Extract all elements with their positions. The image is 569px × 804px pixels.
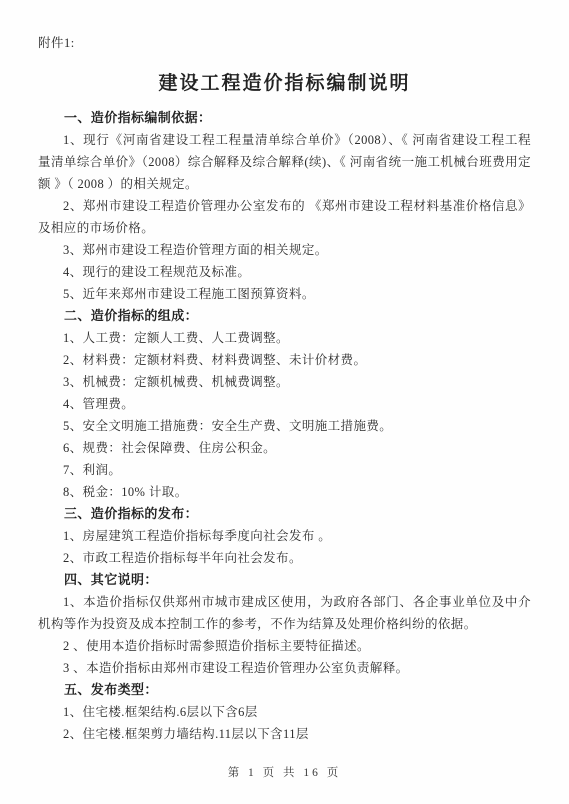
- paragraph: 3 、本造价指标由郑州市建设工程造价管理办公室负责解释。: [38, 657, 531, 679]
- section-heading-1: 一、造价指标编制依据：: [38, 107, 531, 129]
- page-title: 建设工程造价指标编制说明: [38, 68, 531, 95]
- section-heading-3: 三、造价指标的发布：: [38, 503, 531, 525]
- document-page: 附件1: 建设工程造价指标编制说明 一、造价指标编制依据： 1、现行《河南省建设…: [0, 0, 569, 804]
- paragraph: 2、郑州市建设工程造价管理办公室发布的 《郑州市建设工程材料基准价格信息》及相应…: [38, 195, 531, 239]
- paragraph: 1、本造价指标仅供郑州市城市建成区使用，为政府各部门、各企事业单位及中介机构等作…: [38, 591, 531, 635]
- paragraph: 4、现行的建设工程规范及标准。: [38, 261, 531, 283]
- paragraph: 3、郑州市建设工程造价管理方面的相关规定。: [38, 239, 531, 261]
- paragraph: 5、安全文明施工措施费：安全生产费、文明施工措施费。: [38, 415, 531, 437]
- document-body: 一、造价指标编制依据： 1、现行《河南省建设工程工程量清单综合单价》（2008）…: [38, 107, 531, 745]
- paragraph: 5、近年来郑州市建设工程施工图预算资料。: [38, 283, 531, 305]
- paragraph: 1、现行《河南省建设工程工程量清单综合单价》（2008）、《 河南省建设工程工程…: [38, 129, 531, 195]
- paragraph: 2、住宅楼.框架剪力墙结构.11层以下含11层: [38, 723, 531, 745]
- paragraph: 6、规费：社会保障费、住房公积金。: [38, 437, 531, 459]
- paragraph: 1、房屋建筑工程造价指标每季度向社会发布 。: [38, 525, 531, 547]
- section-heading-5: 五、发布类型：: [38, 679, 531, 701]
- paragraph: 4、管理费。: [38, 393, 531, 415]
- section-heading-2: 二、造价指标的组成：: [38, 305, 531, 327]
- paragraph: 8、税金：10% 计取。: [38, 481, 531, 503]
- paragraph: 7、利润。: [38, 459, 531, 481]
- paragraph: 2、市政工程造价指标每半年向社会发布。: [38, 547, 531, 569]
- paragraph: 3、机械费：定额机械费、机械费调整。: [38, 371, 531, 393]
- paragraph: 2 、使用本造价指标时需参照造价指标主要特征描述。: [38, 635, 531, 657]
- section-heading-4: 四、其它说明：: [38, 569, 531, 591]
- paragraph: 1、人工费：定额人工费、人工费调整。: [38, 327, 531, 349]
- page-footer: 第 1 页 共 16 页: [0, 764, 569, 780]
- paragraph: 2、材料费：定额材料费、材料费调整、未计价材费。: [38, 349, 531, 371]
- paragraph: 1、住宅楼.框架结构.6层以下含6层: [38, 701, 531, 723]
- attachment-label: 附件1:: [38, 34, 531, 52]
